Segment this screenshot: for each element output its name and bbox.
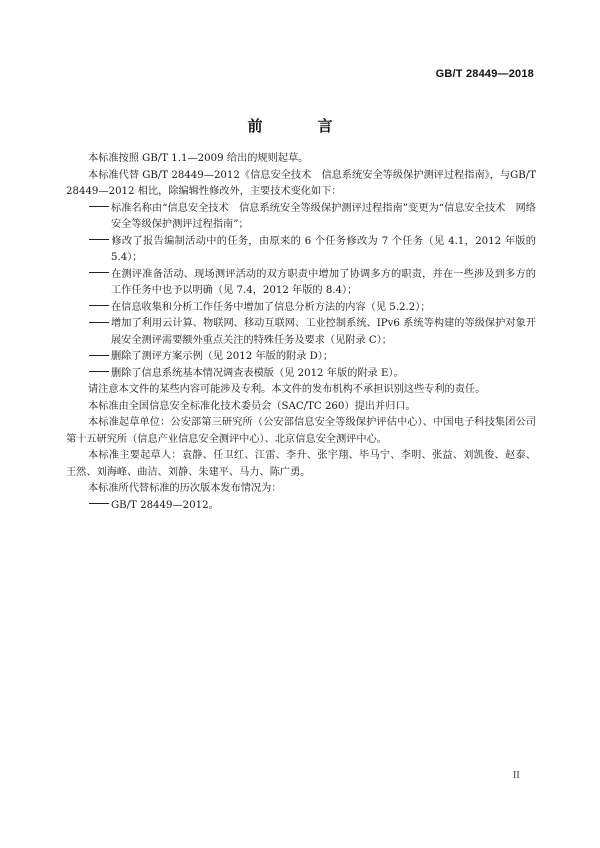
change-item: 删除了信息系统基本情况调查表模版（见 2012 年版的附录 E）。 xyxy=(66,366,536,383)
page-number: II xyxy=(513,770,520,781)
dash-bullet xyxy=(89,300,111,317)
standard-number: GB/T 28449—2018 xyxy=(436,68,534,80)
paragraph-patent-notice: 请注意本文件的某些内容可能涉及专利。本文件的发布机构不承担识别这些专利的责任。 xyxy=(66,382,536,399)
history-item: GB/T 28449—2012。 xyxy=(66,498,536,515)
dash-bullet xyxy=(89,201,111,218)
paragraph-drafting-rules: 本标准按照 GB/T 1.1—2009 给出的规则起草。 xyxy=(66,151,536,168)
change-item-text: 在信息收集和分析工作任务中增加了信息分析方法的内容（见 5.2.2）； xyxy=(111,302,431,313)
change-item: 在信息收集和分析工作任务中增加了信息分析方法的内容（见 5.2.2）； xyxy=(66,300,536,317)
history-item-text: GB/T 28449—2012。 xyxy=(111,500,219,511)
dash-bullet xyxy=(89,234,111,251)
dash-bullet xyxy=(89,267,111,284)
change-item: 增加了利用云计算、物联网、移动互联网、工业控制系统、IPv6 系统等构建的等级保… xyxy=(66,316,536,349)
dash-bullet xyxy=(89,498,111,515)
change-item: 在测评准备活动、现场测评活动的双方职责中增加了协调多方的职责，并在一些涉及到多方… xyxy=(66,267,536,300)
change-item: 修改了报告编制活动中的任务，由原来的 6 个任务修改为 7 个任务（见 4.1，… xyxy=(66,234,536,267)
paragraph-replaces: 本标准代替 GB/T 28449—2012《信息安全技术 信息系统安全等级保护测… xyxy=(66,168,536,201)
change-item-text: 标准名称由“信息安全技术 信息系统安全等级保护测评过程指南”变更为“信息安全技术… xyxy=(111,203,536,231)
change-item-text: 增加了利用云计算、物联网、移动互联网、工业控制系统、IPv6 系统等构建的等级保… xyxy=(111,318,536,346)
page-title: 前 言 xyxy=(0,115,600,136)
change-item-text: 修改了报告编制活动中的任务，由原来的 6 个任务修改为 7 个任务（见 4.1，… xyxy=(111,236,536,264)
paragraph-proposer: 本标准由全国信息安全标准化技术委员会（SAC/TC 260）提出并归口。 xyxy=(66,399,536,416)
paragraph-history: 本标准所代替标准的历次版本发布情况为： xyxy=(66,481,536,498)
paragraph-drafting-units: 本标准起草单位：公安部第三研究所（公安部信息安全等级保护评估中心）、中国电子科技… xyxy=(66,415,536,448)
change-item-text: 删除了信息系统基本情况调查表模版（见 2012 年版的附录 E）。 xyxy=(111,368,404,379)
change-item: 删除了测评方案示例（见 2012 年版的附录 D）； xyxy=(66,349,536,366)
dash-bullet xyxy=(89,349,111,366)
dash-bullet xyxy=(89,316,111,333)
dash-bullet xyxy=(89,366,111,383)
change-item-text: 删除了测评方案示例（见 2012 年版的附录 D）； xyxy=(111,351,333,362)
foreword-body: 本标准按照 GB/T 1.1—2009 给出的规则起草。 本标准代替 GB/T … xyxy=(66,151,536,514)
change-item-text: 在测评准备活动、现场测评活动的双方职责中增加了协调多方的职责，并在一些涉及到多方… xyxy=(111,269,536,297)
paragraph-drafters: 本标准主要起草人：袁静、任卫红、江雷、李升、张宇翔、毕马宁、李明、张益、刘凯俊、… xyxy=(66,448,536,481)
change-item: 标准名称由“信息安全技术 信息系统安全等级保护测评过程指南”变更为“信息安全技术… xyxy=(66,201,536,234)
